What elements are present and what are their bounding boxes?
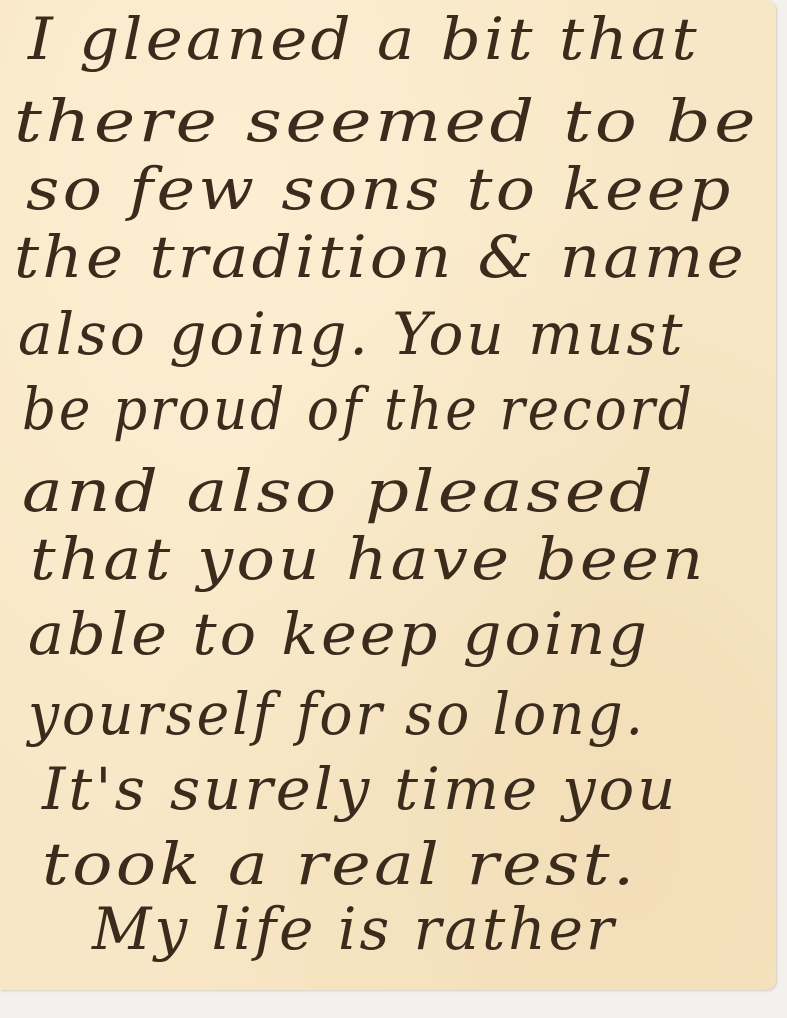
handwritten-line-3: so few sons to keep: [26, 160, 734, 218]
handwritten-line-10: yourself for so long.: [28, 685, 646, 743]
handwritten-line-1: I gleaned a bit that: [28, 10, 700, 68]
handwritten-line-13: My life is rather: [92, 900, 617, 958]
handwritten-line-12: took a real rest.: [42, 835, 638, 893]
handwritten-line-7: and also pleased: [22, 462, 656, 520]
handwritten-line-6: be proud of the record: [22, 380, 695, 438]
handwritten-line-4: the tradition & name: [14, 228, 747, 286]
handwritten-line-2: there seemed to be: [14, 92, 759, 150]
handwritten-line-8: that you have been: [30, 530, 707, 588]
handwritten-line-11: It's surely time you: [42, 760, 678, 818]
letter-page: I gleaned a bit that there seemed to be …: [0, 0, 776, 990]
handwritten-line-9: able to keep going: [28, 605, 650, 663]
handwritten-line-5: also going. You must: [18, 305, 686, 363]
